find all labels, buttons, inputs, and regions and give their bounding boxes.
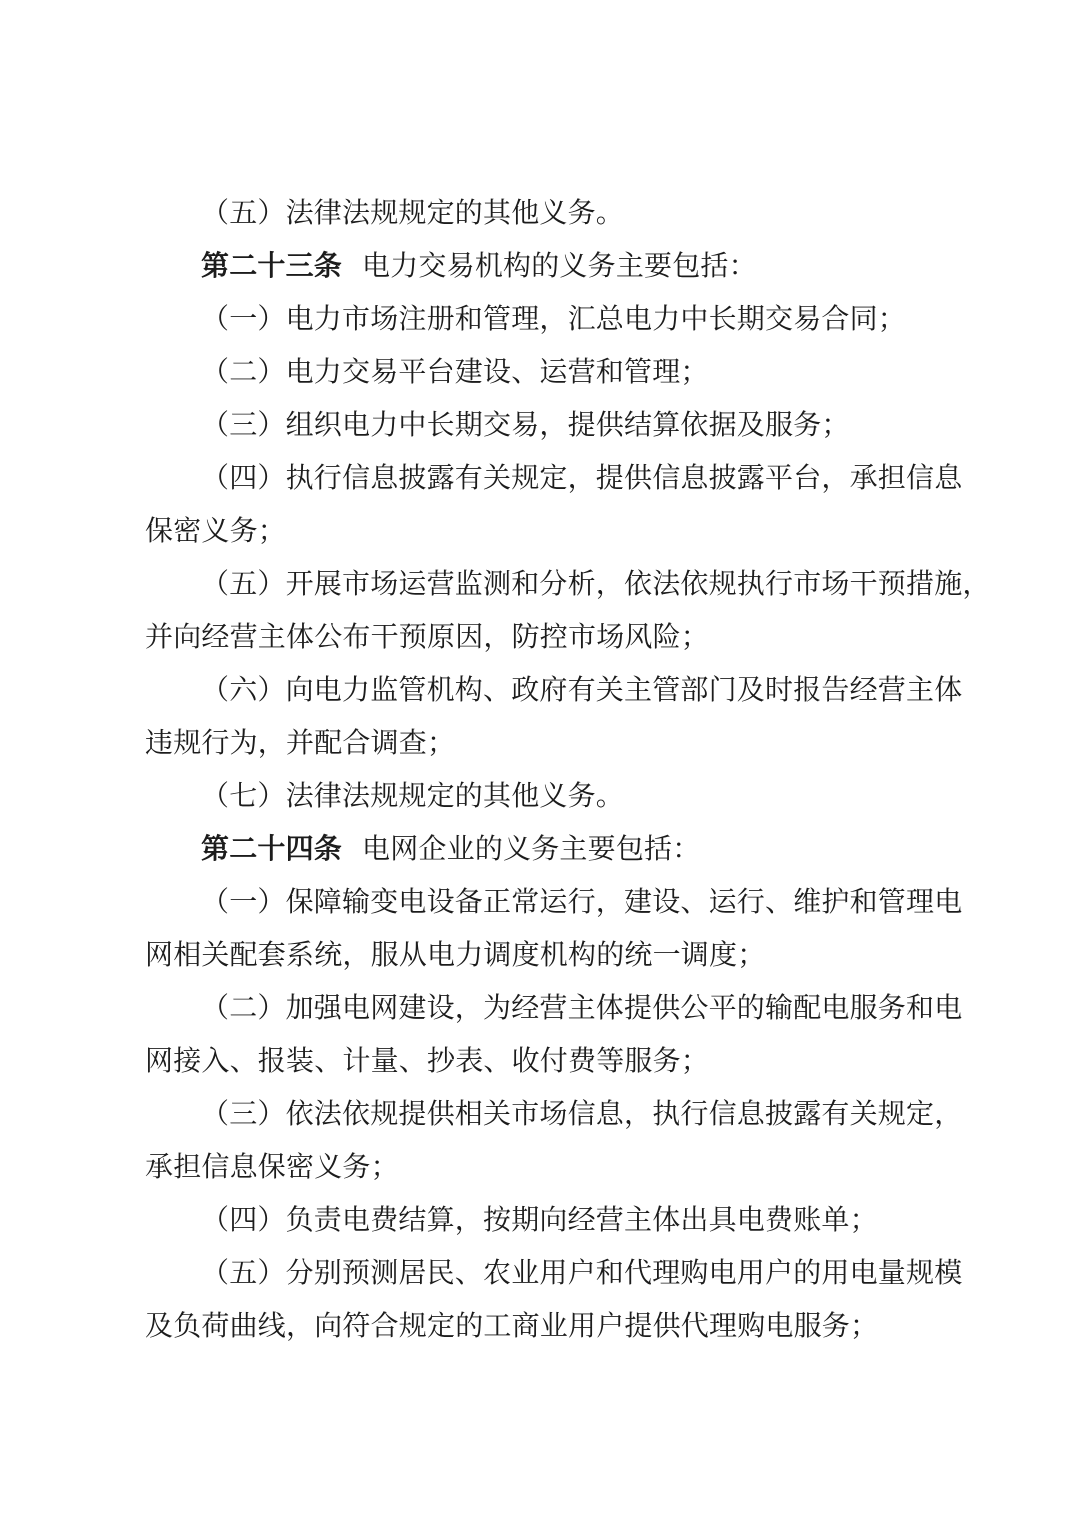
document-line: （二）电力交易平台建设、运营和管理；: [145, 346, 945, 399]
article-heading-text: 电网企业的义务主要包括：: [362, 834, 700, 865]
document-line: （二）加强电网建设，为经营主体提供公平的输配电服务和电: [145, 982, 945, 1035]
document-line: 网相关配套系统，服从电力调度机构的统一调度；: [145, 929, 945, 982]
article-heading-line: 第二十三条电力交易机构的义务主要包括：: [145, 240, 945, 293]
document-line: 违规行为，并配合调查；: [145, 717, 945, 770]
article-heading-text: 电力交易机构的义务主要包括：: [362, 251, 757, 282]
article-number: 第二十四条: [201, 834, 342, 865]
document-line: 及负荷曲线，向符合规定的工商业用户提供代理购电服务；: [145, 1300, 945, 1353]
document-line: 承担信息保密义务；: [145, 1141, 945, 1194]
document-line: （三）依法依规提供相关市场信息，执行信息披露有关规定，: [145, 1088, 945, 1141]
document-line: （五）法律法规规定的其他义务。: [145, 187, 945, 240]
article-heading-line: 第二十四条电网企业的义务主要包括：: [145, 823, 945, 876]
document-body: （五）法律法规规定的其他义务。 第二十三条电力交易机构的义务主要包括： （一）电…: [145, 187, 945, 1353]
document-line: （五）分别预测居民、农业用户和代理购电用户的用电量规模: [145, 1247, 945, 1300]
document-line: （三）组织电力中长期交易，提供结算依据及服务；: [145, 399, 945, 452]
document-line: （五）开展市场运营监测和分析，依法依规执行市场干预措施，: [145, 558, 945, 611]
document-line: （七）法律法规规定的其他义务。: [145, 770, 945, 823]
document-line: （一）保障输变电设备正常运行，建设、运行、维护和管理电: [145, 876, 945, 929]
document-line: 网接入、报装、计量、抄表、收付费等服务；: [145, 1035, 945, 1088]
document-line: （四）执行信息披露有关规定，提供信息披露平台，承担信息: [145, 452, 945, 505]
document-page: （五）法律法规规定的其他义务。 第二十三条电力交易机构的义务主要包括： （一）电…: [0, 0, 1080, 1527]
document-line: 保密义务；: [145, 505, 945, 558]
article-number: 第二十三条: [201, 251, 342, 282]
document-line: 并向经营主体公布干预原因，防控市场风险；: [145, 611, 945, 664]
document-line: （六）向电力监管机构、政府有关主管部门及时报告经营主体: [145, 664, 945, 717]
document-line: （一）电力市场注册和管理，汇总电力中长期交易合同；: [145, 293, 945, 346]
document-line: （四）负责电费结算，按期向经营主体出具电费账单；: [145, 1194, 945, 1247]
